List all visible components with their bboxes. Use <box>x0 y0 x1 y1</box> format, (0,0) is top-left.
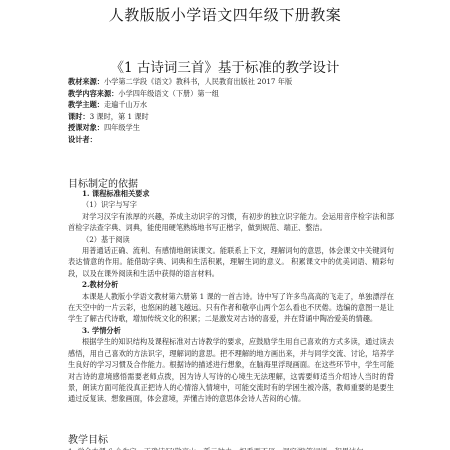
meta-label: 课时： <box>68 112 90 121</box>
textbook-analysis-paragraph: 本课是人教版小学语文教材第六册第 1 课的一首古诗。诗中写了许多鸟高高的飞走了，… <box>68 291 394 325</box>
student-analysis-paragraph: 根据学生的知识结构及课程标准对古诗教学的要求，应鼓励学生用自己喜欢的方式多读，通… <box>68 336 394 404</box>
meta-value: 小学四年级语文（下册）第一组 <box>118 89 219 98</box>
document-page: 人教版版小学语文四年级下册教案 《1 古诗词三首》基于标准的教学设计 教材来源：… <box>0 0 450 450</box>
meta-label: 教学内容来源： <box>68 89 118 98</box>
meta-designer: 设计者： <box>68 134 398 146</box>
textbook-analysis-heading: 2.教材分析 <box>68 279 394 290</box>
reading-paragraph: 用普通话正确、流利、有感情地朗读课文。能联系上下文，理解词句的意思，体会课文中关… <box>68 245 394 279</box>
meta-label: 授课对象： <box>68 123 104 132</box>
meta-label: 教学主题： <box>68 100 104 109</box>
meta-textbook-source: 教材来源：小学第二学段《语文》教科书，人民教育出版社 2017 年版 <box>68 76 398 88</box>
document-title: 《1 古诗词三首》基于标准的教学设计 <box>0 56 450 76</box>
meta-lesson-hours: 课时：3 课时，第 1 课时 <box>68 111 398 123</box>
literacy-heading: （1）识字与写字 <box>68 199 394 210</box>
section-heading-goals: 教学目标 <box>68 431 108 446</box>
document-meta: 教材来源：小学第二学段《语文》教科书，人民教育出版社 2017 年版 教学内容来… <box>68 76 398 146</box>
meta-value: 3 课时，第 1 课时 <box>90 112 149 121</box>
reading-heading: （2）基于阅读 <box>68 234 394 245</box>
literacy-paragraph: 对学习汉字有浓厚的兴趣，养成主动识字的习惯，有初步的独立识字能力。会运用音序检字… <box>68 211 394 234</box>
meta-label: 教材来源： <box>68 77 104 86</box>
meta-content-source: 教学内容来源：小学四年级语文（下册）第一组 <box>68 88 398 100</box>
student-analysis-heading: 3. 学情分析 <box>68 325 394 336</box>
meta-value: 走遍千山万水 <box>104 100 147 109</box>
meta-label: 设计者： <box>68 135 97 144</box>
section-basis-body: 1. 课程标准相关要求 （1）识字与写字 对学习汉字有浓厚的兴趣，养成主动识字的… <box>68 188 394 405</box>
meta-value: 小学第二学段《语文》教科书，人民教育出版社 2017 年版 <box>104 77 292 86</box>
meta-theme: 教学主题：走遍千山万水 <box>68 99 398 111</box>
meta-audience: 授课对象：四年级学生 <box>68 122 398 134</box>
goals-partial-line: 1. 学会本课 6 个生字，正确读写'敬亭山、孤云独去、相看两不厌、洞庭湖'等词… <box>68 446 394 450</box>
page-header-title: 人教版版小学语文四年级下册教案 <box>0 4 450 25</box>
meta-value: 四年级学生 <box>104 123 140 132</box>
curriculum-heading: 1. 课程标准相关要求 <box>68 188 394 199</box>
